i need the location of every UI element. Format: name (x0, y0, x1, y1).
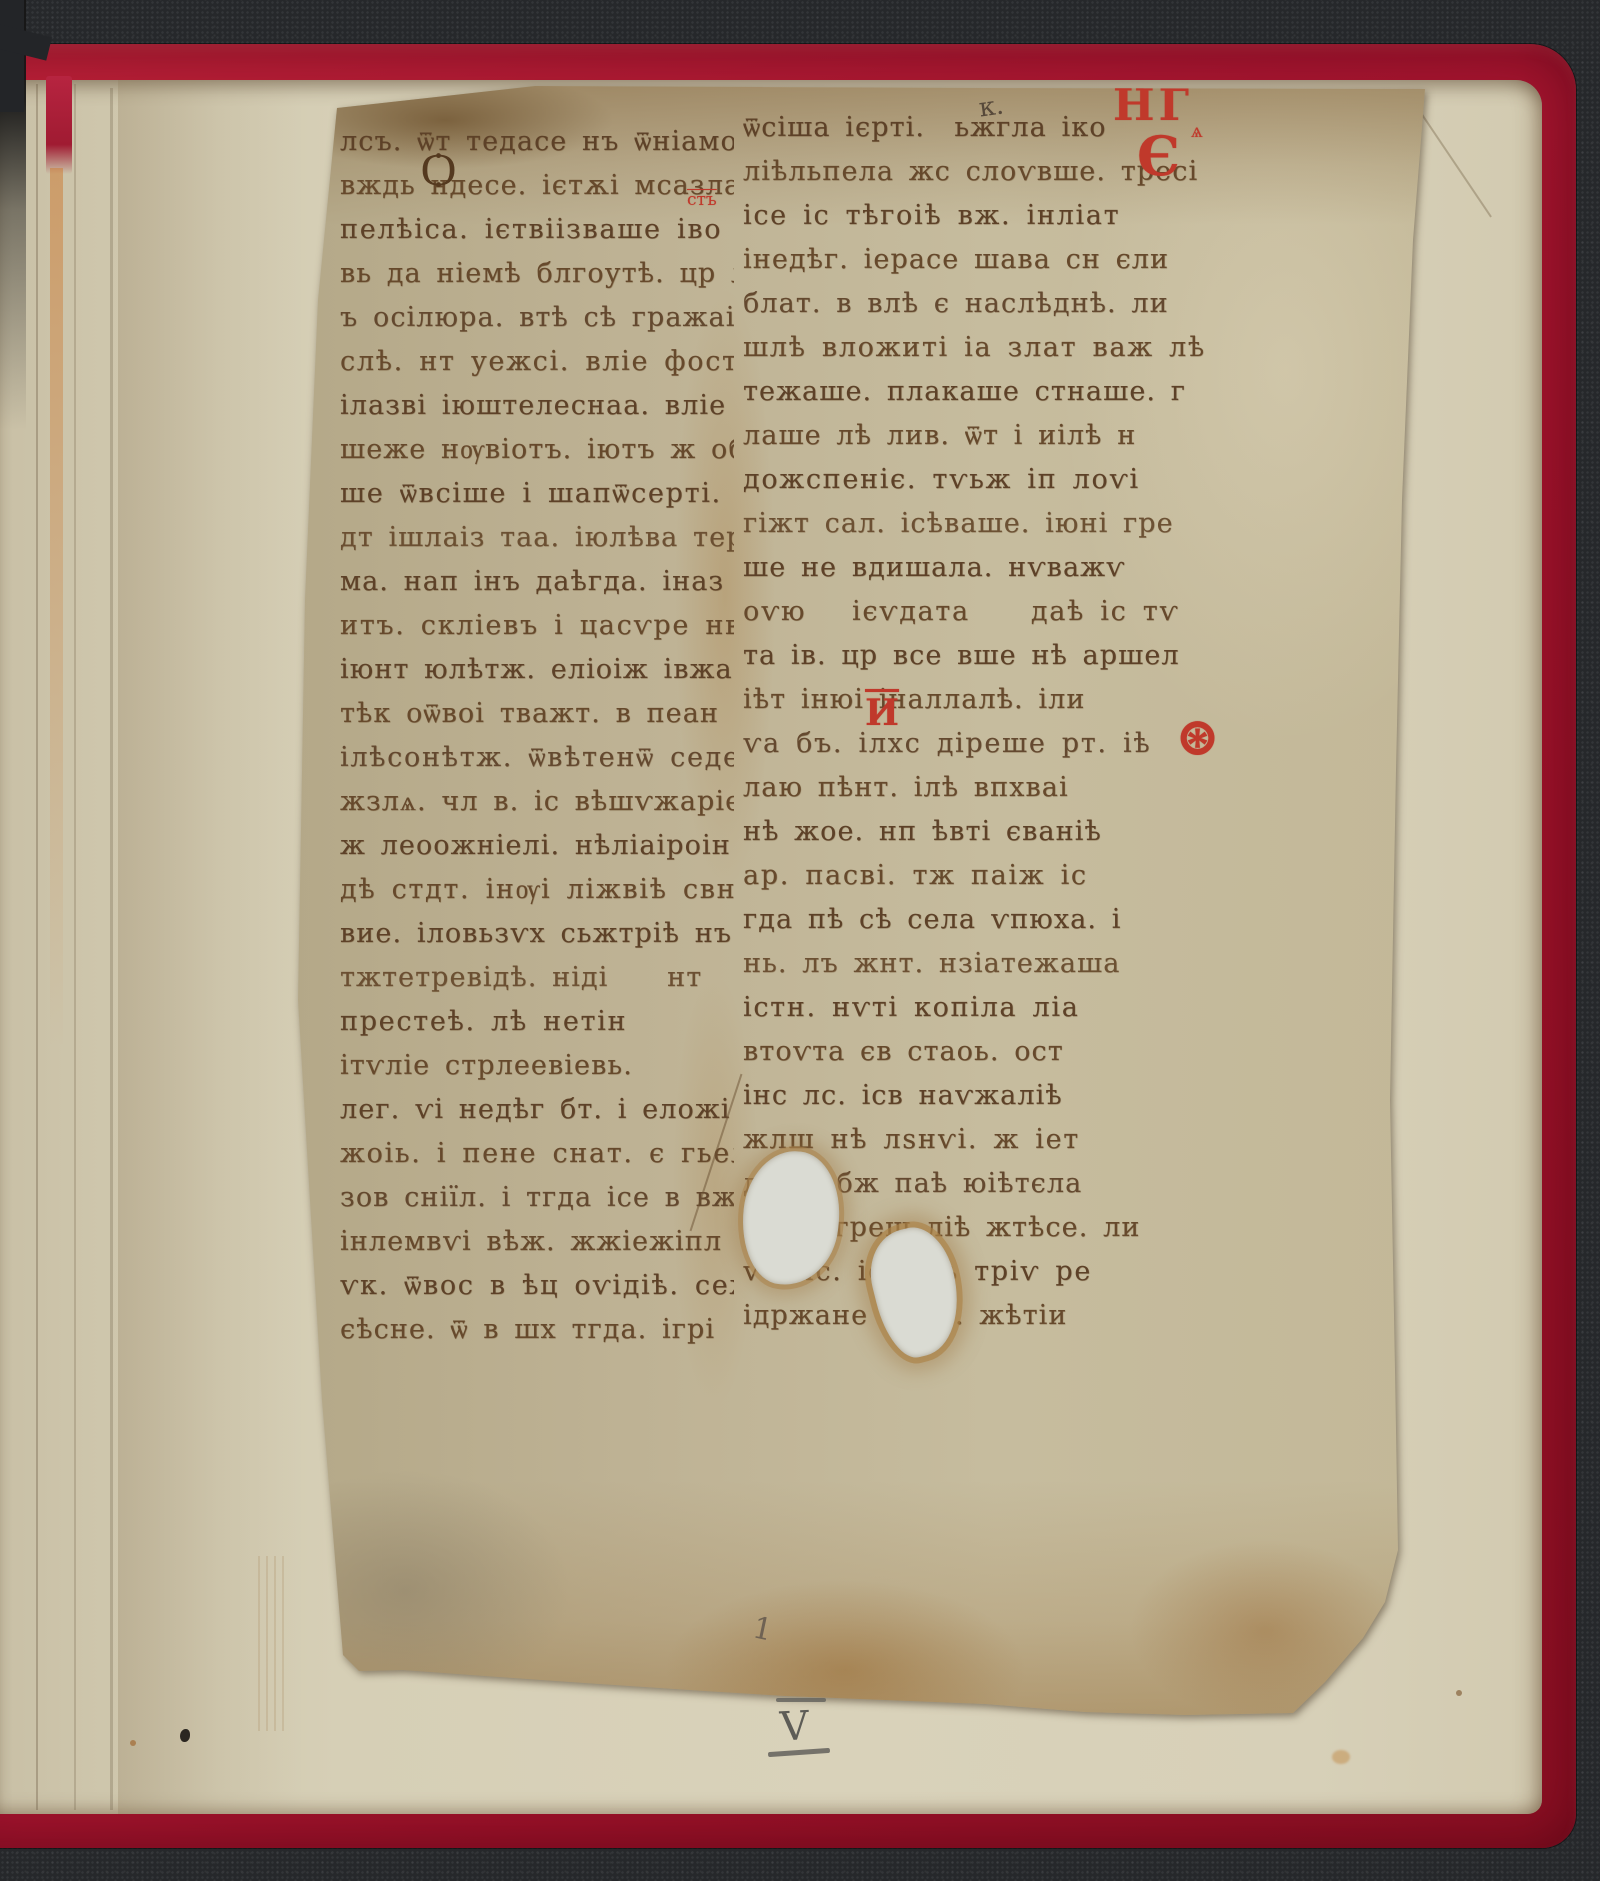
pencil-letter-v: V (779, 1700, 841, 1751)
manuscript-text-line: жзлѧ. чл в. іс вѣшѵжаріє (340, 780, 734, 824)
manuscript-text-line: ар. пасві. тж паіж іс (743, 854, 1445, 898)
stain-dot (1456, 1690, 1462, 1696)
ink-large-initial: Ѻ (421, 142, 456, 196)
background-notch (0, 0, 24, 112)
manuscript-text-line: гда пѣ сѣ села ѵпюха. і (743, 898, 1445, 942)
manuscript-text-line: лаше лѣ лив. ѿт і иілѣ н (743, 414, 1445, 458)
parchment-leaf-wrap: лсъ. ѿт тедасе нъ ѿніамовждь ндесе. ієтѫ… (285, 70, 1430, 1750)
manuscript-text-line: втоѵта єв стаоь. ост (743, 1030, 1445, 1074)
manuscript-text-line: лсъ. ѿт тедасе нъ ѿніамо (340, 120, 734, 164)
text-column-right: ѿсіша ієрті. ьжгла іколіѣльпела жс слоѵв… (743, 106, 1445, 1368)
gutter-shadow (118, 80, 303, 1814)
manuscript-text-line: вь да ніемѣ блгоутѣ. цр лю (340, 252, 734, 296)
manuscript-text-line: ъ осілюра. втѣ сѣ гражаіе іл (340, 296, 734, 340)
manuscript-text-line: гвал ігреш ліѣ жтѣсе. ли (743, 1206, 1445, 1250)
rubric-ornament-icon: ⊛ (1175, 704, 1220, 768)
rubric-section-letter: И (865, 692, 899, 734)
manuscript-text-line: ж леоожніелі. нѣліаіроін (340, 824, 734, 868)
manuscript-text-line: ше не вдишала. нѵважѵ (743, 546, 1445, 590)
manuscript-text-line: гіжт сал. ісѣваше. іюні гре (743, 502, 1445, 546)
gutter-crease-line (36, 84, 38, 1810)
rubric-marginal-gloss: стъ (687, 190, 717, 210)
gutter-crease-line (110, 88, 113, 1810)
pencil-numeral: 1 (750, 1610, 776, 1648)
manuscript-text-line: шлѣ вложиті іа злат важ лѣ (743, 326, 1445, 370)
manuscript-text-line: іѣт інюі іналлалѣ. іли (743, 678, 1445, 722)
manuscript-text-line: пелѣіса. ієтвіізваше іво (340, 208, 734, 252)
manuscript-text-line: дожспеніє. тѵьж іп лоѵі (743, 458, 1445, 502)
parchment-leaf: лсъ. ѿт тедасе нъ ѿніамовждь ндесе. ієтѫ… (285, 70, 1430, 1750)
rubric-initial-letter: Є (1137, 124, 1180, 188)
ink-quire-mark: к. (977, 90, 1005, 123)
manuscript-text-line: лаю пѣнт. ілѣ впхваі (743, 766, 1445, 810)
manuscript-text-line: блат. в влѣ є наслѣднѣ. ли (743, 282, 1445, 326)
manuscript-text-line: дѣль. бж паѣ юіѣтєла (743, 1162, 1445, 1206)
manuscript-text-line: істн. нѵті копіла ліа (743, 986, 1445, 1030)
manuscript-text-line: ітѵліе стрлеевіевь. (340, 1044, 734, 1088)
text-column-left: лсъ. ѿт тедасе нъ ѿніамовждь ндесе. ієтѫ… (340, 120, 734, 1360)
manuscript-text-line: оѵю ієѵдата даѣ іс тѵ (743, 590, 1445, 634)
manuscript-text-line: ше ѿвсіше і шапѿсерті. івома (340, 472, 734, 516)
manuscript-text-line: слѣ. нт уежсі. вліе фост цро (340, 340, 734, 384)
manuscript-text-line: інс лс. ісв наѵжаліѣ (743, 1074, 1445, 1118)
manuscript-text-line: іюнт юлѣтж. еліоіж івжа (340, 648, 734, 692)
manuscript-text-line: інедѣг. іерасе шава сн єли (743, 238, 1445, 282)
manuscript-text-line: жоіь. і пене снат. є гьеліо (340, 1132, 734, 1176)
manuscript-text-line: нѣ жое. нп ѣвті єваніѣ (743, 810, 1445, 854)
manuscript-text-line: ѿсіша ієрті. ьжгла іко (743, 106, 1445, 150)
manuscript-text-line: ісе іс тѣгоіѣ вж. інліат (743, 194, 1445, 238)
pencil-foliation-mark: V (760, 1698, 840, 1755)
manuscript-text-line: дѣ стдт. інѹі ліжвіѣ свн (340, 868, 734, 912)
manuscript-text-line: ма. нап інъ даѣгда. іназ (340, 560, 734, 604)
photograph-of-manuscript: лсъ. ѿт тедасе нъ ѿніамовждь ндесе. ієтѫ… (0, 0, 1600, 1881)
folio-number-suffix-rubric: ѧ (1191, 118, 1203, 143)
gutter-crease-line (74, 84, 76, 1810)
stain-dot (130, 1740, 136, 1746)
manuscript-text-line: єѣсне. ѿ в шх тгда. ігрі (340, 1308, 734, 1352)
manuscript-text-line: лег. ѵі недѣг бт. і еложі ш нѣ (340, 1088, 734, 1132)
manuscript-text-line: інлемвѵі вѣж. жжіежіпл (340, 1220, 734, 1264)
spine-cord (50, 168, 63, 1048)
manuscript-text-line: ілазві іюштелеснаа. вліе (340, 384, 734, 428)
manuscript-text-line: ідржане ѵноє. жѣтіи (743, 1294, 1445, 1338)
manuscript-text-line: престеѣ. лѣ нетін (340, 1000, 734, 1044)
manuscript-text-line: ліѣльпела жс слоѵвше. тресі (743, 150, 1445, 194)
manuscript-text-line: зов сніїл. і тгда ісе в вж (340, 1176, 734, 1220)
manuscript-text-line: ѵк. ѿвос в ѣц оѵідіѣ. сеж (340, 1264, 734, 1308)
stain-streaks (258, 1556, 288, 1731)
manuscript-text-line: дт ішлаіз таа. іюлѣва теріє (340, 516, 734, 560)
manuscript-text-line: та ів. цр все вше нѣ аршел (743, 634, 1445, 678)
manuscript-text-line: ѵа бъ. ілхс діреше рт. іѣ (743, 722, 1445, 766)
manuscript-text-line: нь. лъ жнт. нзіатежаша (743, 942, 1445, 986)
manuscript-text-line: ілѣсонѣтж. ѿвѣтенѿ седе (340, 736, 734, 780)
manuscript-text-line: жлш нѣ лѕнѵі. ж іет (743, 1118, 1445, 1162)
manuscript-text-line: тежаше. плакаше стнаше. г (743, 370, 1445, 414)
manuscript-text-line: шеже нѹвіотъ. іютъ ж об боіа (340, 428, 734, 472)
stain-dot (1332, 1750, 1350, 1764)
manuscript-text-line: ѵтвлс. ісо мѣ тріѵ ре (743, 1250, 1445, 1294)
manuscript-text-line: вие. іловьзѵх сьжтріѣ нъ (340, 912, 734, 956)
manuscript-text-line: тжтетревідѣ. ніді нт (340, 956, 734, 1000)
manuscript-text-line: итъ. скліевъ і цасѵре нвѣа (340, 604, 734, 648)
manuscript-text-line: тѣк оѿвоі тважт. в пеан єт (340, 692, 734, 736)
manuscript-text-line: вждь ндесе. ієтѫі мсазла (340, 164, 734, 208)
spine-red-sliver (46, 76, 72, 174)
